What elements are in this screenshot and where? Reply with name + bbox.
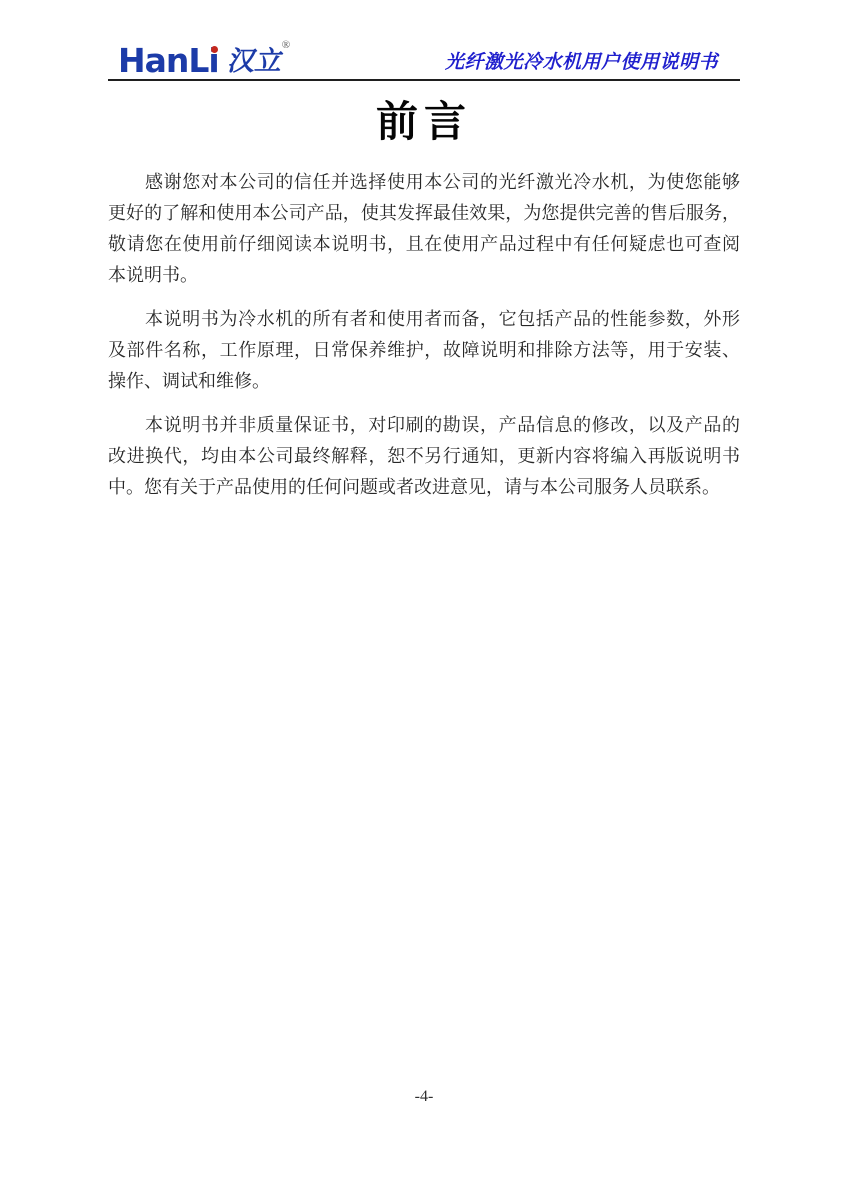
manual-page: HanLi 汉立 ® 光纤激光冷水机用户使用说明书 前言 感谢您对本公司的信任并… [0,0,848,1200]
paragraph-1-line-4: 本说明书。 [108,260,740,291]
page-header: HanLi 汉立 ® 光纤激光冷水机用户使用说明书 [108,0,740,81]
document-title-header: 光纤激光冷水机用户使用说明书 [445,47,740,77]
paragraph-1-line-2: 更好的了解和使用本公司产品，使其发挥最佳效果，为您提供完善的售后服务， [108,198,740,229]
page-footer: -4- [0,1088,848,1200]
registered-trademark-icon: ® [282,40,290,51]
brand-logo: HanLi 汉立 ® [108,44,290,77]
paragraph-2-line-1: 本说明书为冷水机的所有者和使用者而备，它包括产品的性能参数，外形 [108,304,740,335]
paragraph-2-line-2: 及部件名称，工作原理，日常保养维护，故障说明和排除方法等，用于安装、 [108,335,740,366]
page-number: -4- [415,1088,434,1105]
paragraph-1-line-1: 感谢您对本公司的信任并选择使用本公司的光纤激光冷水机，为使您能够 [108,167,740,198]
brand-logo-latin-text: HanLi [118,41,219,80]
paragraph-3-line-3: 中。您有关于产品使用的任何问题或者改进意见，请与本公司服务人员联系。 [108,472,740,503]
logo-red-dot-icon [211,46,218,53]
brand-logo-latin: HanLi [118,44,219,77]
brand-logo-cjk: 汉立 [227,47,281,77]
page-title: 前言 [0,95,848,149]
paragraph-3-line-1: 本说明书并非质量保证书，对印刷的勘误，产品信息的修改，以及产品的 [108,410,740,441]
paragraph-1-line-3: 敬请您在使用前仔细阅读本说明书，且在使用产品过程中有任何疑虑也可查阅 [108,229,740,260]
paragraph-3: 本说明书并非质量保证书，对印刷的勘误，产品信息的修改，以及产品的 改进换代，均由… [108,410,740,503]
paragraph-1: 感谢您对本公司的信任并选择使用本公司的光纤激光冷水机，为使您能够 更好的了解和使… [108,167,740,291]
paragraph-2-line-3: 操作、调试和维修。 [108,366,740,397]
paragraph-2: 本说明书为冷水机的所有者和使用者而备，它包括产品的性能参数，外形 及部件名称，工… [108,304,740,397]
paragraph-3-line-2: 改进换代，均由本公司最终解释，恕不另行通知，更新内容将编入再版说明书 [108,441,740,472]
body-text: 感谢您对本公司的信任并选择使用本公司的光纤激光冷水机，为使您能够 更好的了解和使… [108,167,740,503]
